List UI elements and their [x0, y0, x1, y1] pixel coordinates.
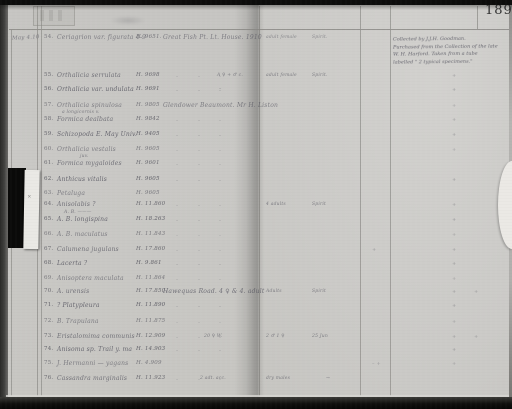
row-65-ditto-1: ‐	[176, 217, 178, 224]
row-64-sex: 4 adults	[266, 202, 286, 207]
row-74-number: 74.	[44, 346, 53, 352]
row-63-register-number: H. 9605	[136, 190, 160, 196]
row-66-ditto-1: ‐	[176, 232, 178, 239]
row-56-ditto-2: ‐	[198, 87, 200, 94]
row-55-species-name: Orthalicia serrulata	[57, 72, 121, 79]
row-60-ditto-2: ‐	[198, 147, 200, 154]
row-61-number: 61.	[44, 160, 53, 166]
row-74-register-number: H. 14.903	[136, 346, 165, 352]
row-55-sex: adult female	[266, 73, 297, 78]
row-62-ditto-2: ‐	[198, 177, 200, 184]
row-75-mid-mark: – +	[372, 361, 381, 367]
row-73-sex: 2 ♂ 1 ♀	[266, 334, 285, 339]
row-71-number: 71.	[44, 302, 53, 308]
row-74-species-name: Anisoma sp. Trail y. ma	[57, 346, 132, 353]
row-70-locality: Hawequas Road. 4 ♀ & 4. adult	[163, 288, 264, 295]
row-64-check-mark-1: +	[452, 202, 456, 208]
row-60-number: 60.	[44, 146, 53, 152]
scanned-ledger-page: × 189 Collected by J.J.H. Goodman.Purcha…	[0, 0, 512, 409]
row-55-register-number: H. 9698	[136, 72, 160, 78]
row-65-species-name: A. B. longispina	[57, 216, 108, 223]
row-69-species-name: Anisoptera maculata	[57, 275, 124, 282]
row-75-register-number: H. 4.909	[136, 360, 162, 366]
row-58-number: 58.	[44, 116, 53, 122]
row-54-sex: adult female	[266, 35, 297, 40]
row-57-register-number: H. 9805	[136, 102, 160, 108]
row-67-ditto-1: ‐	[176, 247, 178, 254]
row-59-number: 59.	[44, 131, 53, 137]
row-72-ditto-3: ‐	[219, 319, 221, 326]
row-65-check-mark-1: +	[452, 217, 456, 223]
row-64-ditto-1: ‐	[176, 202, 178, 209]
row-62-ditto-3: ‐	[219, 177, 221, 184]
right-page-edge-rule	[259, 6, 260, 396]
row-56-register-number: H. 9691	[136, 86, 160, 92]
row-56-check-mark-1: +	[452, 87, 456, 93]
row-66-ditto-2: ‐	[198, 232, 200, 239]
row-60-ditto-3: ‐	[219, 147, 221, 154]
row-58-ditto-3: ‐	[219, 117, 221, 124]
note-line-4: labelled " 2 typical specimens."	[393, 58, 505, 67]
row-66-register-number: H. 11.843	[136, 231, 165, 237]
row-75-species-name: J. Hermanni — yagans	[57, 360, 128, 367]
row-71-register-number: H. 11.890	[136, 302, 165, 308]
row-61-ditto-1: ‐	[176, 161, 178, 168]
row-58-ditto-1: ‐	[176, 117, 178, 124]
row-67-species-name: Calumena jugulans	[57, 246, 119, 253]
row-68-number: 68.	[44, 260, 53, 266]
row-68-ditto-1: ‐	[176, 261, 178, 268]
row-61-ditto-2: ‐	[198, 161, 200, 168]
row-62-check-mark-1: +	[452, 177, 456, 183]
row-54-register-number: H. 9651.	[136, 34, 162, 40]
row-61-interline: juv.	[80, 154, 89, 159]
row-76-right-annotation-1: →	[326, 376, 330, 381]
row-62-register-number: H. 9605	[136, 176, 160, 182]
row-69-ditto-2: ‐	[198, 276, 200, 283]
row-57-number: 57.	[44, 102, 53, 108]
row-64-species-name: Anisolabis ?	[57, 201, 96, 208]
row-67-ditto-3: ‐	[219, 247, 221, 254]
row-74-ditto-1: ‐	[176, 347, 178, 354]
row-71-species-name: ? Platypleura	[57, 302, 100, 309]
row-76-ditto-2: ‐	[198, 376, 200, 383]
row-55-number: 55.	[44, 72, 53, 78]
ink-smudge	[110, 16, 146, 25]
row-73-register-number: H. 12.909	[136, 333, 165, 339]
row-57-check-mark-1: +	[452, 103, 456, 109]
row-64-ditto-2: ‐	[198, 202, 200, 209]
row-58-interline: a longicornis v.	[62, 110, 100, 115]
row-71-ditto-2: ‐	[198, 303, 200, 310]
right-column-rule-b	[390, 6, 391, 396]
row-59-ditto-2: ‐	[198, 132, 200, 139]
row-67-check-mark-1: +	[452, 247, 456, 253]
row-66-check-mark-1: +	[452, 232, 456, 238]
row-73-number: 73.	[44, 333, 53, 339]
row-56-ditto-3: ‐	[219, 87, 221, 94]
row-59-register-number: H. 9405	[136, 131, 160, 137]
row-56-number: 56.	[44, 86, 53, 92]
row-69-register-number: H. 11.864	[136, 275, 165, 281]
row-66-number: 66.	[44, 231, 53, 237]
row-72-number: 72.	[44, 318, 53, 324]
row-68-species-name: Lacerta ?	[57, 260, 87, 267]
row-61-species-name: Formica mygaloides	[57, 160, 122, 167]
row-76-annotation-1: 2 adt. acc.	[200, 376, 226, 381]
row-73-ditto-2: ‐	[198, 334, 200, 341]
row-55-ditto-1: ‐	[176, 73, 178, 80]
row-72-ditto-1: ‐	[176, 319, 178, 326]
row-76-number: 76.	[44, 375, 53, 381]
row-62-ditto-1: ‐	[176, 177, 178, 184]
row-73-check-mark-1: +	[452, 334, 456, 340]
row-76-sex: dry males	[266, 376, 290, 381]
row-67-mid-mark: +	[372, 247, 376, 253]
row-68-ditto-2: ‐	[198, 261, 200, 268]
row-71-ditto-1: ‐	[176, 303, 178, 310]
row-65-ditto-3: ‐	[219, 217, 221, 224]
row-76-species-name: Cassandra marginalis	[57, 375, 127, 382]
row-59-check-mark-1: +	[452, 132, 456, 138]
row-59-ditto-3: ‐	[219, 132, 221, 139]
row-72-register-number: H. 11.875	[136, 318, 165, 324]
row-64-number: 64.	[44, 201, 53, 207]
row-68-check-mark-1: +	[452, 261, 456, 267]
row-54-species-name: Ceriagrion var. figurata 4-9	[57, 34, 146, 41]
row-60-register-number: H. 9605	[136, 146, 160, 152]
row-61-register-number: H. 9601	[136, 160, 160, 166]
row-59-species-name: Schizopoda E. May Univ.	[57, 131, 137, 138]
row-57-locality: Glendower Beaumont. Mr H. Liston	[163, 102, 278, 109]
row-55-ditto-2: ‐	[198, 73, 200, 80]
row-73-species-name: Eristalomima communis	[57, 333, 135, 340]
right-column-rule-a	[360, 6, 361, 396]
row-63-number: 63.	[44, 190, 53, 196]
row-67-ditto-2: ‐	[198, 247, 200, 254]
row-56-species-name: Orthalicia var. undulata	[57, 86, 134, 93]
row-62-species-name: Anthicus vitalis	[57, 176, 107, 183]
row-70-sex: Adults	[266, 289, 282, 294]
row-70-number: 70.	[44, 288, 53, 294]
row-69-ditto-3: ‐	[219, 276, 221, 283]
row-68-register-number: H. 9.861	[136, 260, 162, 266]
row-59-ditto-1: ‐	[176, 132, 178, 139]
row-54-locality: Great Fish Pt. Lt. House. 1910	[163, 34, 262, 41]
row-69-check-mark-1: +	[452, 276, 456, 282]
row-65-number: 65.	[44, 216, 53, 222]
row-72-check-mark-1: +	[452, 319, 456, 325]
row-66-species-name: A. B. maculatus	[57, 231, 108, 238]
row-75-number: 75.	[44, 360, 53, 366]
row-69-number: 69.	[44, 275, 53, 281]
scanner-edge-shadow	[0, 5, 512, 10]
row-60-ditto-1: ‐	[176, 147, 178, 154]
row-73-ditto-3: ‐	[219, 334, 221, 341]
row-70-check-mark-2: +	[474, 289, 478, 295]
row-54-number: 54.	[44, 34, 53, 40]
row-70-condition: Spirit	[312, 289, 326, 294]
row-60-species-name: Orthalicia vestalis	[57, 146, 116, 153]
row-58-ditto-2: ‐	[198, 117, 200, 124]
row-67-register-number: H. 17.860	[136, 246, 165, 252]
row-57-species-name: Orthalicia spinulosa	[57, 102, 122, 109]
row-70-species-name: A. urensis	[57, 288, 89, 295]
row-74-ditto-2: ‐	[198, 347, 200, 354]
scanner-edge-bottom	[0, 397, 512, 409]
row-65-interline: A. B. ———	[64, 210, 92, 215]
row-64-condition: Spirit	[312, 202, 326, 207]
bookmark-slip: ×	[23, 170, 39, 249]
row-76-ditto-1: ‐	[176, 376, 178, 383]
row-75-check-mark-1: +	[452, 361, 456, 367]
row-55-check-mark-1: +	[452, 73, 456, 79]
slip-pencil-mark: ×	[27, 194, 31, 200]
row-65-ditto-2: ‐	[198, 217, 200, 224]
row-73-condition: 25 Jun	[312, 334, 328, 339]
row-63-species-name: Petaluga	[57, 190, 85, 197]
row-58-species-name: Formica dealbata	[57, 116, 113, 123]
row-58-register-number: H. 9842	[136, 116, 160, 122]
row-65-register-number: H. 18.263	[136, 216, 165, 222]
row-61-ditto-3: ‐	[219, 161, 221, 168]
row-76-ditto-3: ‐	[219, 376, 221, 383]
row-69-ditto-1: ‐	[176, 276, 178, 283]
row-58-check-mark-1: +	[452, 117, 456, 123]
row-73-check-mark-2: +	[474, 334, 478, 340]
row-71-ditto-3: ‐	[219, 303, 221, 310]
acquisition-notes: Collected by J.J.H. Goodman.Purchased fr…	[393, 35, 505, 66]
row-71-check-mark-1: +	[452, 303, 456, 309]
row-55-condition: Spirit.	[312, 73, 328, 78]
row-70-check-mark-1: +	[452, 289, 456, 295]
row-64-ditto-3: ‐	[219, 202, 221, 209]
row-67-number: 67.	[44, 246, 53, 252]
row-73-ditto-1: ‐	[176, 334, 178, 341]
row-54-condition: Spirit.	[312, 35, 328, 40]
number-column-rule-b	[41, 6, 42, 396]
row-55-ditto-3: ‐	[219, 73, 221, 80]
row-62-number: 62.	[44, 176, 53, 182]
row-76-register-number: H. 11.923	[136, 375, 165, 381]
row-66-ditto-3: ‐	[219, 232, 221, 239]
scanner-edge-left	[0, 0, 8, 409]
row-72-ditto-2: ‐	[198, 319, 200, 326]
row-68-ditto-3: ‐	[219, 261, 221, 268]
row-60-check-mark-1: +	[452, 147, 456, 153]
row-72-species-name: B. Trapulana	[57, 318, 99, 325]
row-74-ditto-3: ‐	[219, 347, 221, 354]
row-74-check-mark-1: +	[452, 347, 456, 353]
row-64-register-number: H. 11.860	[136, 201, 165, 207]
row-56-ditto-1: ‐	[176, 87, 178, 94]
